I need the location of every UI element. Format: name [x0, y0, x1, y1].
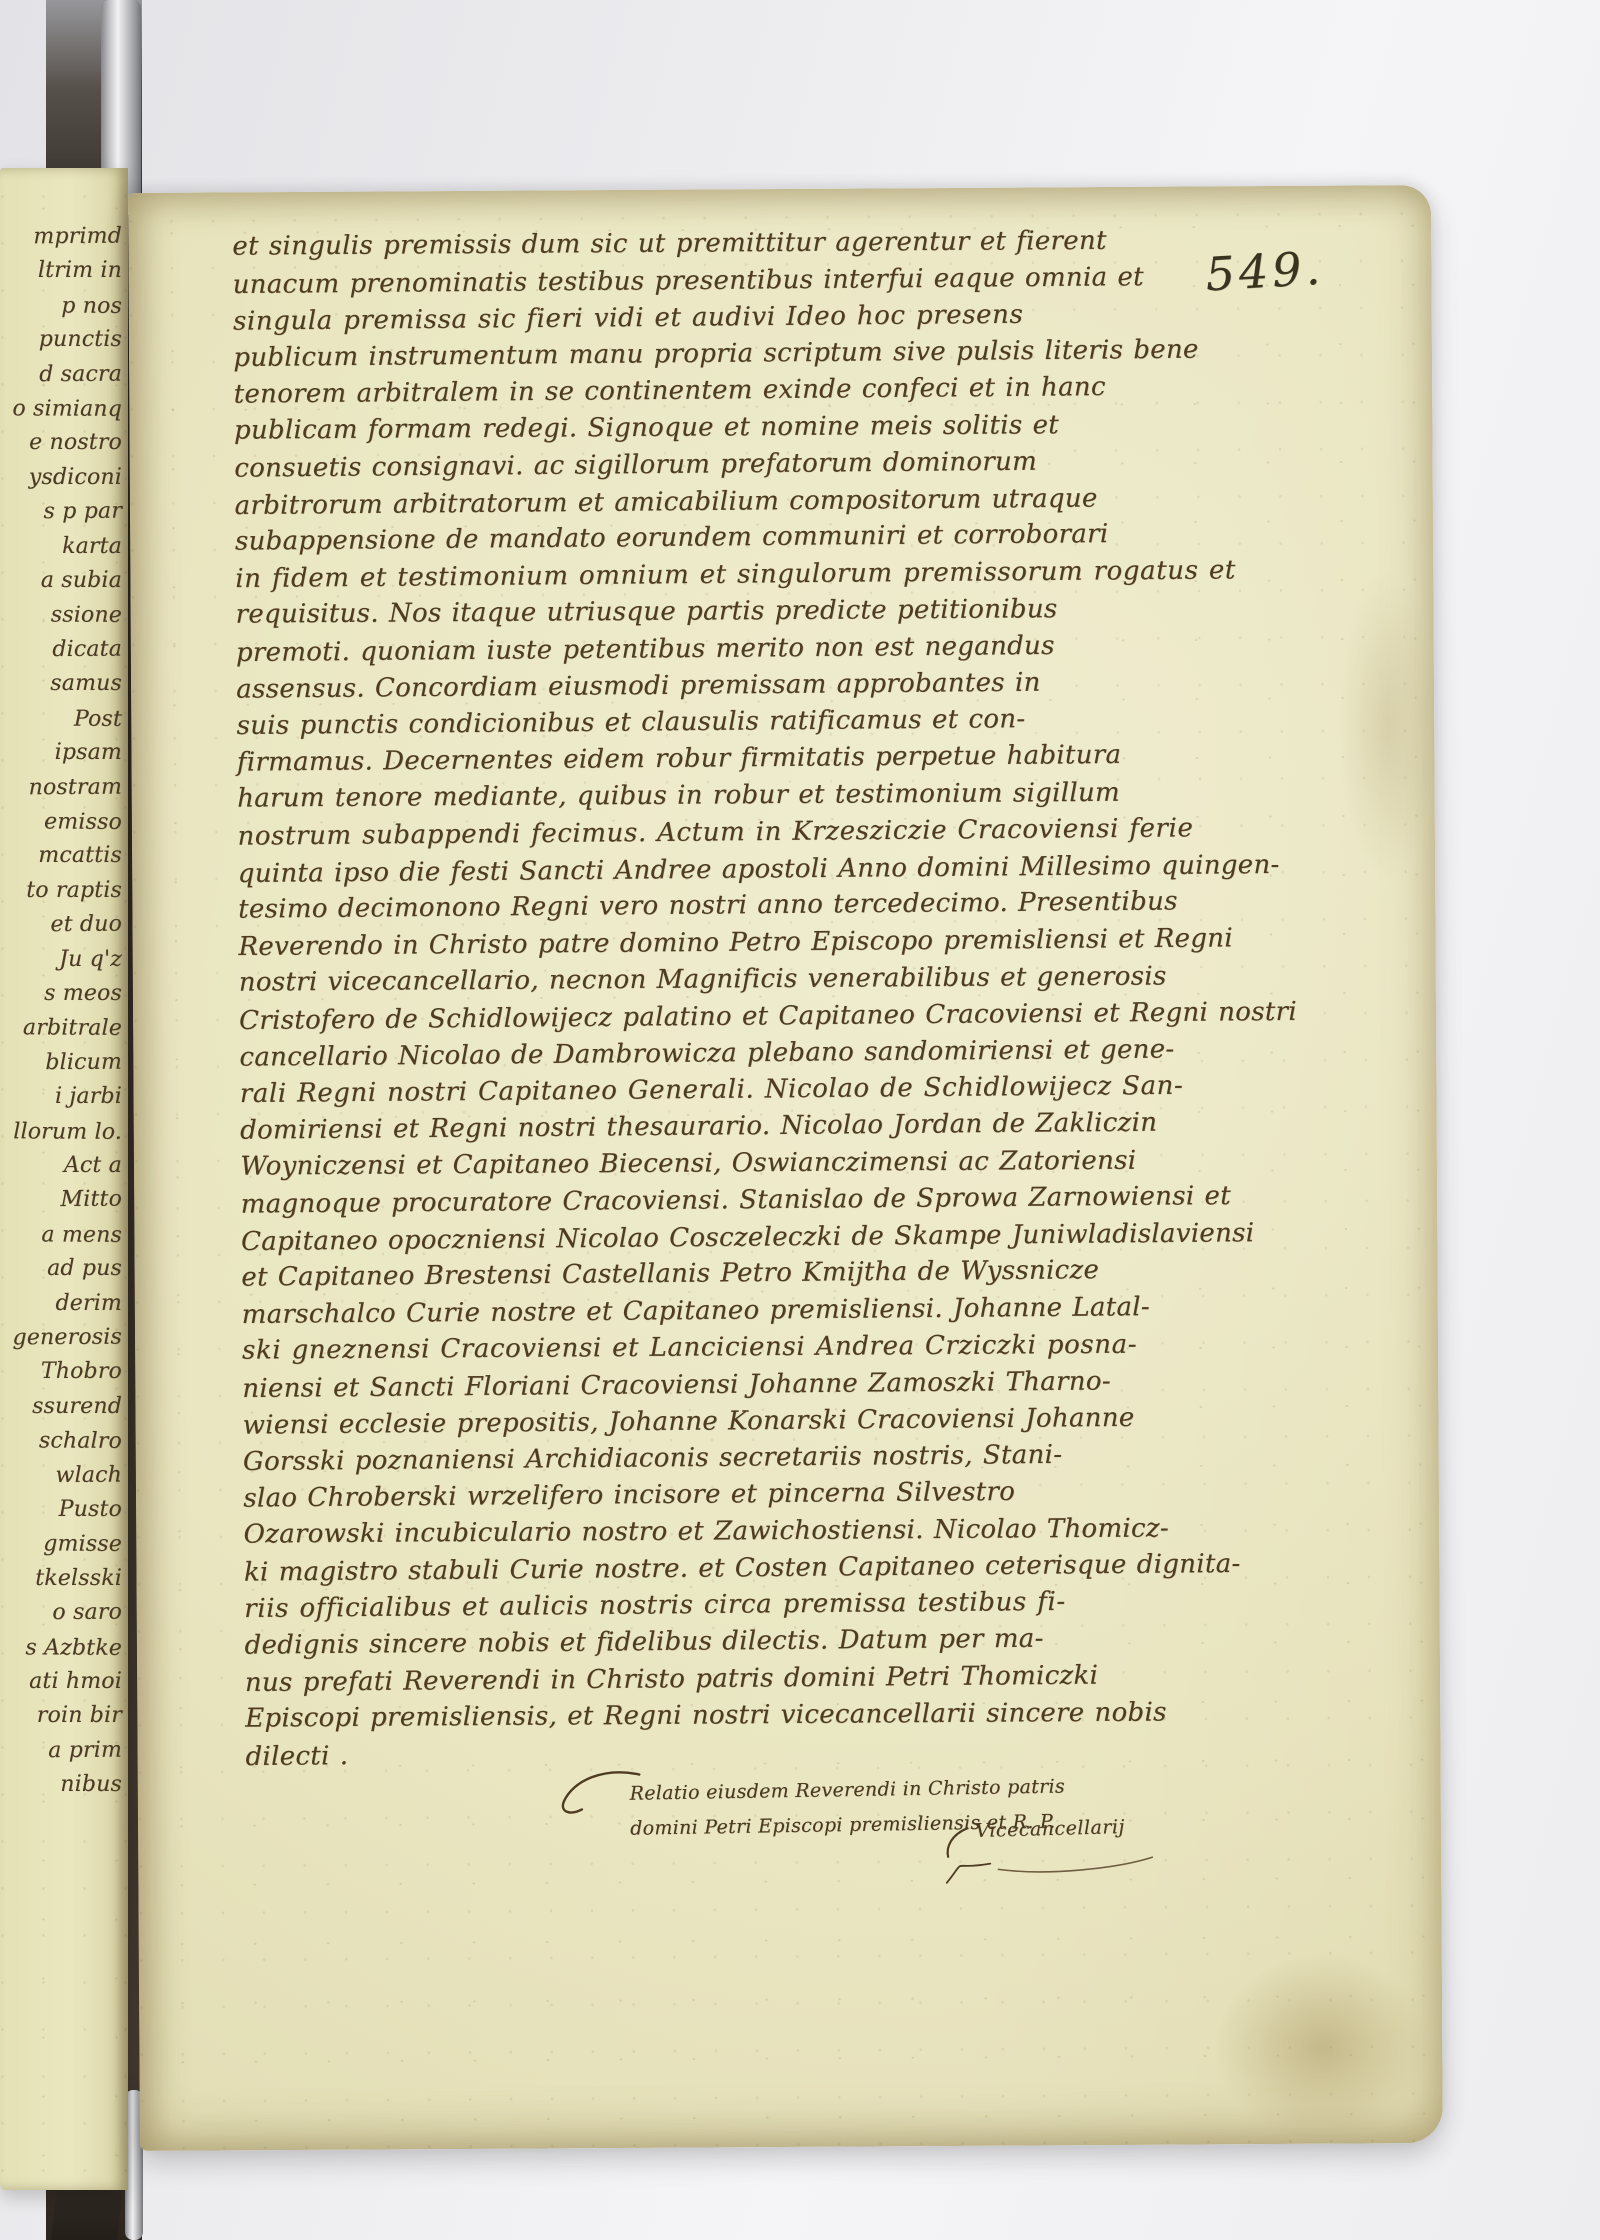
facing-page-fragment: ad pus — [0, 1252, 122, 1286]
facing-page-fragment: llorum lo. — [0, 1115, 122, 1150]
corner-stain — [1172, 1917, 1443, 2151]
facing-page-fragment: ati hmoi — [0, 1665, 122, 1699]
manuscript-line: Ozarowski incubiculario nostro et Zawich… — [243, 1510, 1228, 1553]
facing-page-fragment: mcattis — [0, 839, 122, 873]
manuscript-line: harum tenore mediante, quibus in robur e… — [237, 774, 1222, 817]
manuscript-line: Woyniczensi et Capitaneo Biecensi, Oswia… — [240, 1142, 1225, 1185]
facing-page-fragment: blicum — [0, 1045, 122, 1080]
manuscript-line: publicam formam redegi. Signoque et nomi… — [234, 406, 1219, 449]
facing-page-fragment: schalro — [0, 1424, 122, 1459]
facing-page-fragment: ipsam — [0, 736, 122, 770]
manuscript-scan: mprimdltrim inp nospunctisd sacrao simia… — [0, 0, 1600, 2240]
manuscript-text-block: et singulis premissis dum sic ut premitt… — [232, 221, 1230, 1775]
facing-page-fragment: samus — [0, 667, 122, 701]
facing-page-fragment: derim — [0, 1287, 122, 1321]
facing-page-fragment: a mens — [0, 1218, 122, 1253]
manuscript-page: 549. et singulis premissis dum sic ut pr… — [128, 185, 1443, 2151]
facing-page-fragment: arbitrale — [0, 1012, 122, 1047]
facing-page-fragment: ltrim in — [0, 254, 122, 288]
facing-page-fragment: emisso — [0, 805, 122, 840]
facing-page-fragment: i jarbi — [0, 1080, 122, 1114]
facing-page-fragment: dicata — [0, 632, 122, 667]
facing-page-fragment: Ju q'z — [0, 943, 122, 977]
facing-page-fragment: Act a — [0, 1149, 122, 1183]
facing-page-fragment: ssurend — [0, 1390, 122, 1424]
facing-page-fragment: Thobro — [0, 1355, 122, 1389]
facing-page-fragment: Pusto — [0, 1493, 122, 1527]
facing-page-fragment: tkelsski — [0, 1562, 122, 1596]
facing-page-fragment: to raptis — [0, 874, 122, 908]
signature-block: Vicecancellarij — [937, 1805, 1219, 1909]
folio-number: 549. — [1204, 241, 1325, 302]
facing-page-fragment: wlach — [0, 1458, 122, 1493]
facing-page-fragment: o saro — [0, 1596, 122, 1631]
facing-page-fragment: nibus — [0, 1768, 122, 1802]
facing-page-fragment: p nos — [0, 289, 122, 324]
docket-opening-flourish — [555, 1760, 646, 1831]
facing-page-line-endings: mprimdltrim inp nospunctisd sacrao simia… — [0, 220, 122, 1803]
facing-page-fragment: d sacra — [0, 357, 122, 392]
facing-page-fragment: ssione — [0, 599, 122, 634]
facing-page-fragment: nostram — [0, 770, 122, 805]
signature-text: Vicecancellarij — [975, 1816, 1125, 1842]
facing-page-fragment: s meos — [0, 977, 122, 1011]
facing-page-fragment: roin bir — [0, 1699, 122, 1733]
facing-page-fragment: Mitto — [0, 1183, 122, 1218]
facing-page-fragment: e nostro — [0, 426, 122, 460]
facing-page-fragment: s Azbtke — [0, 1631, 122, 1666]
facing-page-fragment: et duo — [0, 908, 122, 943]
facing-page-fragment: o simianq — [0, 392, 122, 427]
facing-page-fragment: punctis — [0, 323, 122, 357]
facing-page-fragment: mprimd — [0, 220, 122, 255]
facing-page-fragment: a prim — [0, 1733, 122, 1768]
facing-page-fragment: generosis — [0, 1321, 122, 1356]
facing-page-fragment: ysdiconi — [0, 461, 122, 495]
facing-page-fragment: Post — [0, 702, 122, 737]
docket-line: Relatio eiusdem Reverendi in Christo pat… — [629, 1775, 1065, 1804]
facing-page-fragment: s p par — [0, 495, 122, 530]
facing-page-fragment: gmisse — [0, 1528, 122, 1563]
facing-page-fragment: karta — [0, 530, 122, 564]
facing-page-edge: mprimdltrim inp nospunctisd sacrao simia… — [0, 168, 128, 2190]
edge-stain — [1321, 515, 1443, 936]
facing-page-fragment: a subia — [0, 564, 122, 598]
